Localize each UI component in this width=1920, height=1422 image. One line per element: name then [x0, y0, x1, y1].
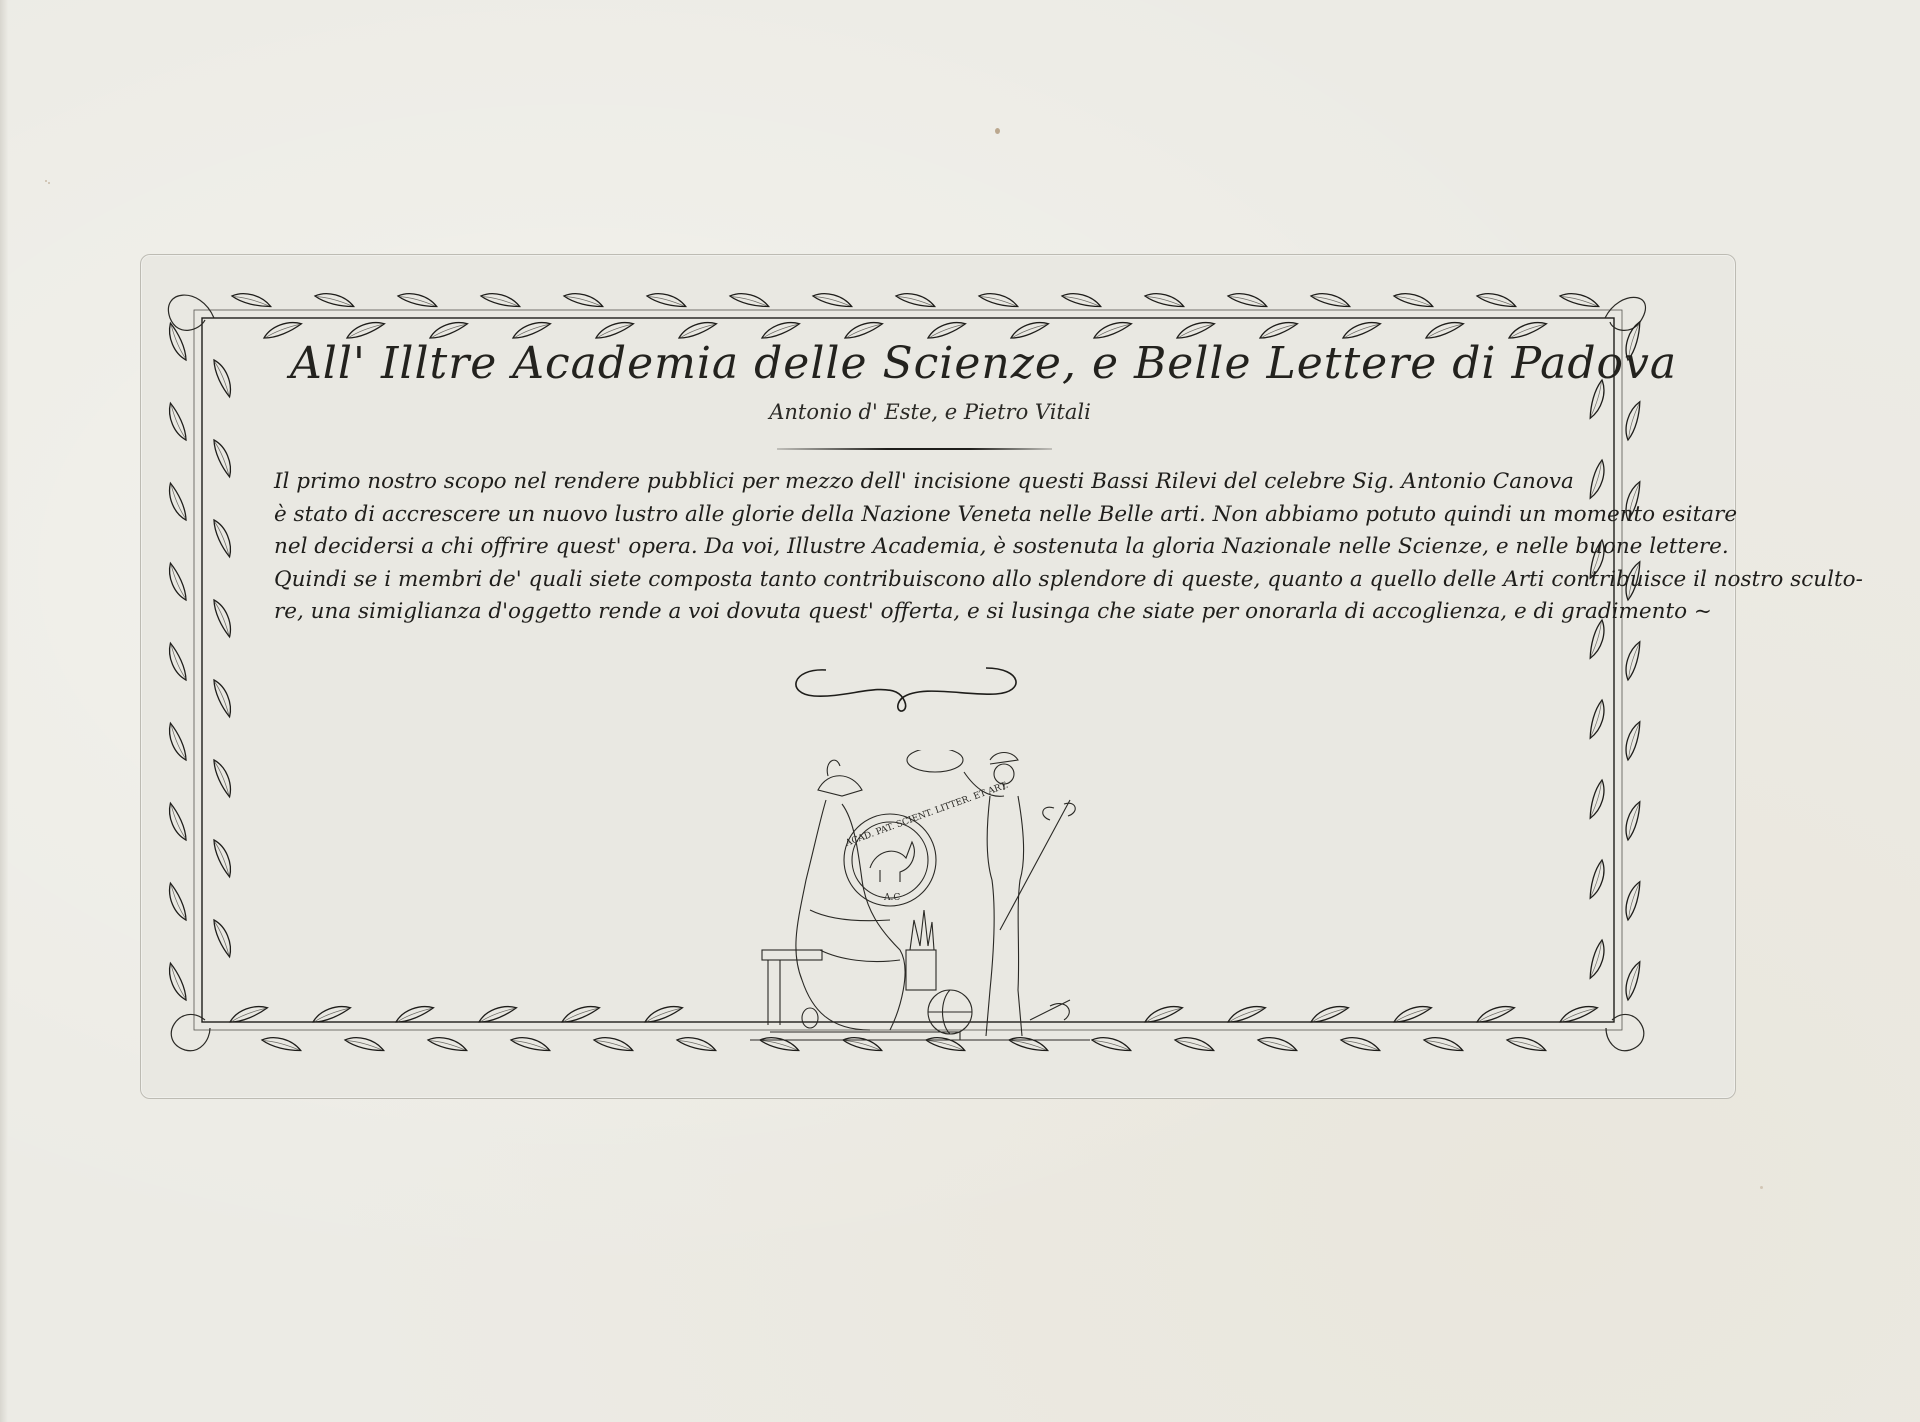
- medallion-inscription: ACAD. PAT. SCIENT. LITTER. ET ART.: [843, 780, 1010, 849]
- body-line-3: nel decidersi a chi offrire quest' opera…: [274, 531, 1554, 564]
- calligraphic-flourish-ornament: [786, 662, 1026, 722]
- minerva-mercury-vignette: ACAD. PAT. SCIENT. LITTER. ET ART. A.C: [750, 750, 1090, 1050]
- dedication-title: All' Illtre Academia delle Scienze, e Be…: [290, 338, 1510, 389]
- dedication-authors: Antonio d' Este, e Pietro Vitali: [700, 400, 1160, 424]
- divider-rule: [777, 448, 1052, 450]
- body-line-5: re, una simiglianza d'oggetto rende a vo…: [274, 596, 1554, 629]
- dedication-body: Il primo nostro scopo nel rendere pubbli…: [274, 466, 1554, 629]
- body-line-1: Il primo nostro scopo nel rendere pubbli…: [274, 466, 1554, 499]
- body-line-4: Quindi se i membri de' quali siete compo…: [274, 564, 1554, 597]
- medallion-mark: A.C: [883, 893, 900, 903]
- body-line-2: è stato di accrescere un nuovo lustro al…: [274, 499, 1554, 532]
